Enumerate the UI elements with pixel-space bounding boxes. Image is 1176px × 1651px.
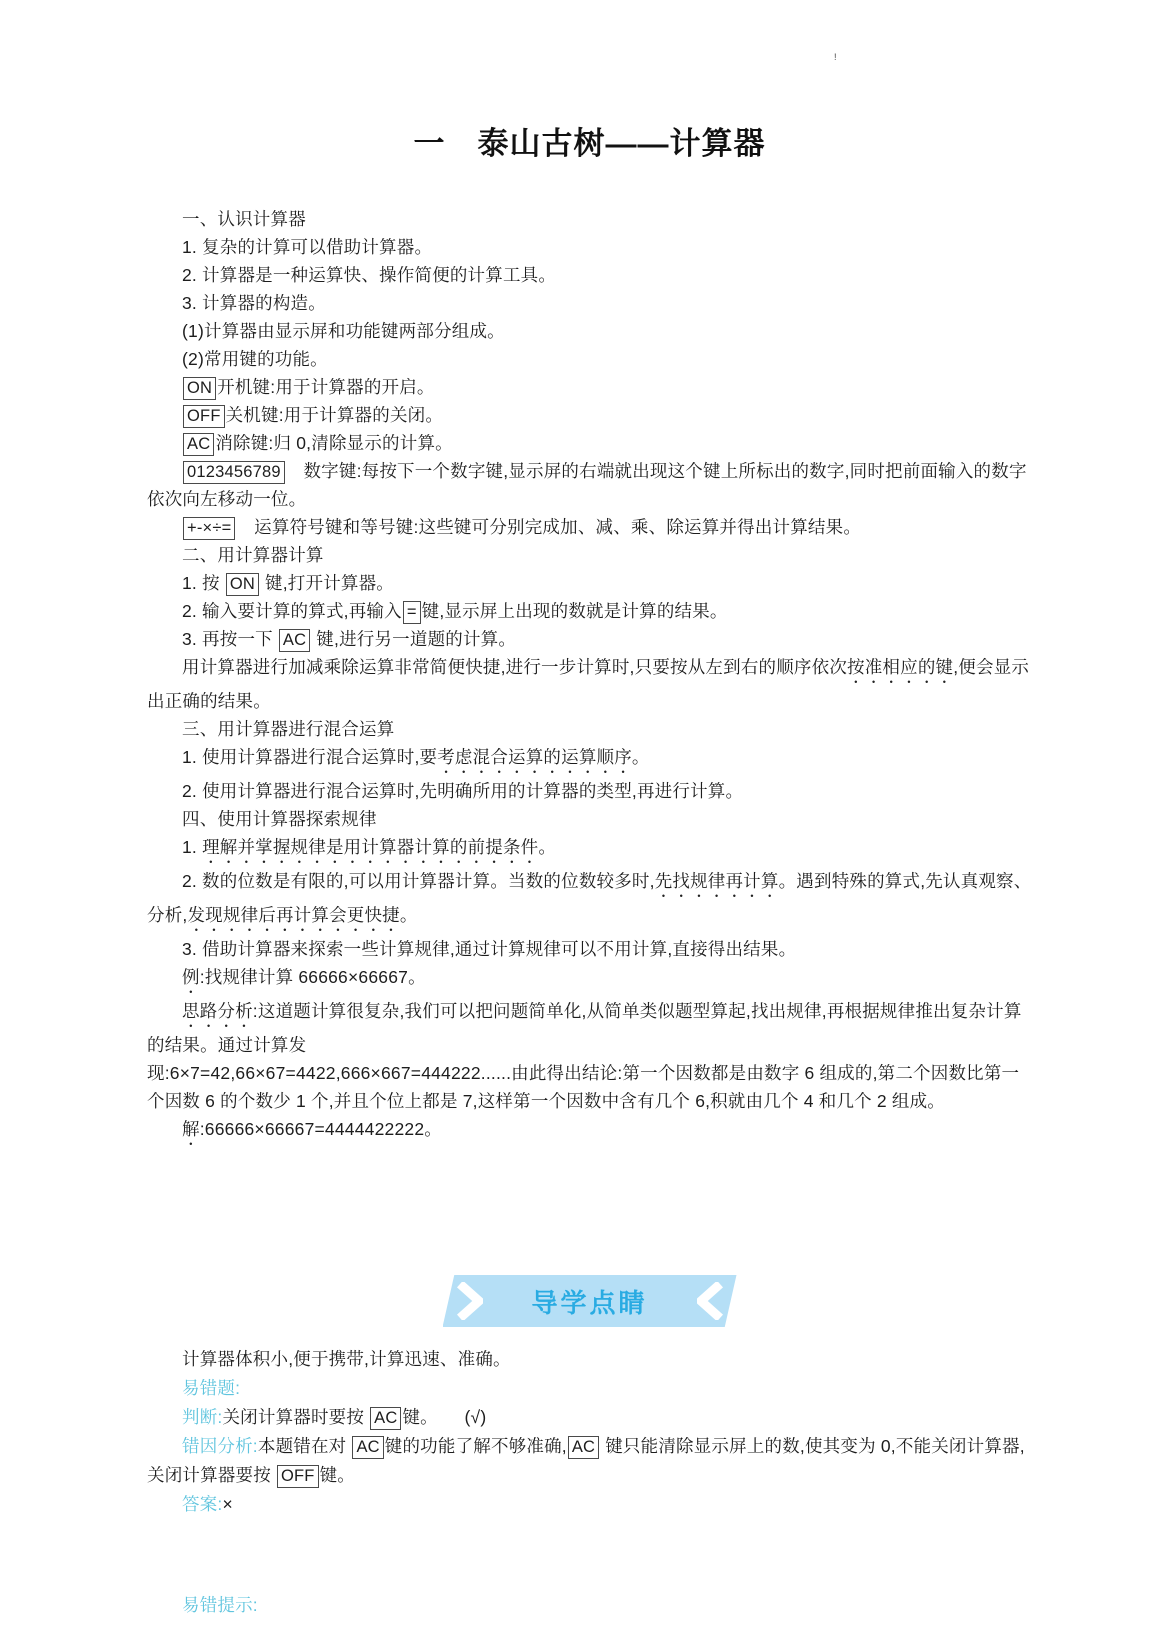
text-run: 键,进行另一道题的计算。	[311, 629, 516, 649]
paragraph: ON开机键:用于计算器的开启。	[147, 373, 1032, 401]
paragraph: AC消除键:归 0,清除显示的计算。	[147, 429, 1032, 457]
emphasized-text: 发现规律后再计算会更快捷	[187, 905, 399, 925]
paragraph: 判断:关闭计算器时要按 AC键。 (√)	[147, 1403, 1032, 1432]
paragraph: 四、使用计算器探索规律	[147, 805, 1032, 833]
text-run: 2. 数的位数是有限的,可以用计算器计算。当数的位数较多时,	[182, 871, 655, 891]
text-run: 消除键:归 0,清除显示的计算。	[215, 433, 453, 453]
text-run: 2. 输入要计算的算式,再输入	[182, 601, 402, 621]
calculator-key-box: AC	[352, 1436, 383, 1459]
text-run: 键的功能了解不够准确,	[385, 1436, 567, 1456]
text-run: 找规律计算 66666×66667。	[205, 967, 426, 987]
calculator-key-box: AC	[279, 629, 310, 652]
text-run: (1)计算器由显示屏和功能键两部分组成。	[182, 321, 505, 341]
text-run: 2. 使用计算器进行混合运算时,先明确所用的计算器的类型,再进行计算。	[182, 781, 743, 801]
paragraph: 计算器体积小,便于携带,计算迅速、准确。	[147, 1345, 1032, 1374]
main-text-section: 一、认识计算器1. 复杂的计算可以借助计算器。2. 计算器是一种运算快、操作简便…	[147, 205, 1032, 1149]
text-run: 开机键:用于计算器的开启。	[217, 377, 434, 397]
text-run: 一、认识计算器	[182, 209, 306, 229]
emphasized-text: 理解并掌握规律是用计算器计算的前提条件	[202, 837, 538, 857]
text-run: 2. 计算器是一种运算快、操作简便的计算工具。	[182, 265, 556, 285]
calculator-key-box: AC	[370, 1407, 401, 1430]
section-label: 错因分析:	[182, 1436, 258, 1456]
emphasized-text: 例:	[182, 967, 205, 987]
paragraph: 2. 使用计算器进行混合运算时,先明确所用的计算器的类型,再进行计算。	[147, 777, 1032, 805]
paragraph: 解:66666×66667=4444422222。	[147, 1115, 1032, 1149]
text-run: ×	[222, 1494, 232, 1514]
text-run: 键。	[320, 1465, 355, 1485]
paragraph: 三、用计算器进行混合运算	[147, 715, 1032, 743]
paragraph: 答案:×	[147, 1490, 1032, 1519]
paragraph: (2)常用键的功能。	[147, 345, 1032, 373]
text-run: 键,显示屏上出现的数就是计算的结果。	[422, 601, 728, 621]
chevron-left-icon	[697, 1282, 723, 1320]
text-run: (2)常用键的功能。	[182, 349, 328, 369]
text-run: 四、使用计算器探索规律	[182, 809, 377, 829]
paragraph: 二、用计算器计算	[147, 541, 1032, 569]
text-run: 。	[538, 837, 556, 857]
text-run: 运算符号键和等号键:这些键可分别完成加、减、乘、除运算并得出计算结果。	[236, 517, 861, 537]
emphasized-text: 考虑混合运算的运算顺序	[437, 747, 632, 767]
chevron-right-icon	[457, 1282, 483, 1320]
emphasized-text: 解:	[182, 1119, 205, 1139]
text-run: 3. 计算器的构造。	[182, 293, 326, 313]
text-run: 1. 按	[182, 573, 225, 593]
paragraph: 0123456789 数字键:每按下一个数字键,显示屏的右端就出现这个键上所标出…	[147, 457, 1032, 513]
paragraph: 用计算器进行加减乘除运算非常简便快捷,进行一步计算时,只要按从左到右的顺序依次按…	[147, 653, 1032, 715]
text-run: 三、用计算器进行混合运算	[182, 719, 394, 739]
text-run: 用计算器进行加减乘除运算非常简便快捷,进行一步计算时,只要按从左到右的顺序依次	[182, 657, 847, 677]
paragraph: 3. 借助计算器来探索一些计算规律,通过计算规律可以不用计算,直接得出结果。	[147, 935, 1032, 963]
emphasized-text: 思路分析:	[182, 1001, 258, 1021]
paragraph: 错因分析:本题错在对 AC键的功能了解不够准确,AC 键只能清除显示屏上的数,使…	[147, 1432, 1032, 1490]
section-label: 易错题:	[182, 1378, 240, 1398]
calculator-key-box: +-×÷=	[183, 517, 235, 540]
paragraph: 1. 复杂的计算可以借助计算器。	[147, 233, 1032, 261]
emphasized-text: 按准相应的键	[847, 657, 953, 677]
text-run: 3. 借助计算器来探索一些计算规律,通过计算规律可以不用计算,直接得出结果。	[182, 939, 796, 959]
calculator-key-box: ON	[226, 573, 259, 596]
text-run: 现:6×7=42,66×67=4422,666×667=444222......…	[147, 1063, 1019, 1111]
paragraph: 一、认识计算器	[147, 205, 1032, 233]
paragraph: 思路分析:这道题计算很复杂,我们可以把问题简单化,从简单类似题型算起,找出规律,…	[147, 997, 1032, 1115]
text-run: 。	[632, 747, 650, 767]
text-run: 键。 (√)	[402, 1407, 486, 1427]
emphasized-text: 先找规律再计算	[655, 871, 779, 891]
paragraph: 2. 计算器是一种运算快、操作简便的计算工具。	[147, 261, 1032, 289]
banner-ribbon: 导学点睛	[443, 1275, 737, 1327]
paragraph: 1. 理解并掌握规律是用计算器计算的前提条件。	[147, 833, 1032, 867]
text-run: 本题错在对	[258, 1436, 352, 1456]
calculator-key-box: =	[403, 601, 421, 624]
paragraph: 3. 计算器的构造。	[147, 289, 1032, 317]
tips-section: 计算器体积小,便于携带,计算迅速、准确。易错题:判断:关闭计算器时要按 AC键。…	[147, 1345, 1032, 1620]
guide-banner: 导学点睛	[443, 1275, 737, 1327]
calculator-key-box: OFF	[277, 1465, 319, 1488]
banner-title: 导学点睛	[531, 1283, 647, 1320]
calculator-key-box: AC	[183, 433, 214, 456]
section-label: 答案:	[182, 1494, 222, 1514]
paragraph: (1)计算器由显示屏和功能键两部分组成。	[147, 317, 1032, 345]
paragraph: 2. 数的位数是有限的,可以用计算器计算。当数的位数较多时,先找规律再计算。遇到…	[147, 867, 1032, 935]
page-title: 一 泰山古树——计算器	[147, 118, 1032, 163]
text-run: 。	[400, 905, 418, 925]
text-run: 66666×66667=4444422222。	[205, 1119, 442, 1139]
text-run: 计算器体积小,便于携带,计算迅速、准确。	[182, 1349, 511, 1369]
section-label: 判断:	[182, 1407, 222, 1427]
paragraph: 例:找规律计算 66666×66667。	[147, 963, 1032, 997]
calculator-key-box: ON	[183, 377, 216, 400]
paragraph: 易错提示:	[147, 1591, 1032, 1620]
calculator-key-box: OFF	[183, 405, 225, 428]
text-run: 1. 复杂的计算可以借助计算器。	[182, 237, 432, 257]
text-run: 关闭计算器时要按	[222, 1407, 369, 1427]
text-run: 3. 再按一下	[182, 629, 278, 649]
paragraph: 2. 输入要计算的算式,再输入=键,显示屏上出现的数就是计算的结果。	[147, 597, 1032, 625]
text-run: 关机键:用于计算器的关闭。	[226, 405, 443, 425]
calculator-key-box: 0123456789	[183, 461, 285, 484]
text-run: 1. 使用计算器进行混合运算时,要	[182, 747, 437, 767]
paragraph: 1. 按 ON 键,打开计算器。	[147, 569, 1032, 597]
document-body: 一 泰山古树——计算器 一、认识计算器1. 复杂的计算可以借助计算器。2. 计算…	[0, 0, 1176, 1620]
text-run: 键,打开计算器。	[260, 573, 394, 593]
paragraph: 易错题:	[147, 1374, 1032, 1403]
paragraph: OFF关机键:用于计算器的关闭。	[147, 401, 1032, 429]
text-run: 这道题计算很复杂,我们可以把问题简单化,从简单类似题型算起,找出规律,再根据规律…	[147, 1001, 1022, 1055]
section-label: 易错提示:	[182, 1595, 258, 1615]
paragraph: 1. 使用计算器进行混合运算时,要考虑混合运算的运算顺序。	[147, 743, 1032, 777]
text-run: 二、用计算器计算	[182, 545, 324, 565]
calculator-key-box: AC	[568, 1436, 599, 1459]
text-run: 1.	[182, 837, 202, 857]
stray-mark: !	[834, 52, 837, 62]
paragraph: +-×÷= 运算符号键和等号键:这些键可分别完成加、减、乘、除运算并得出计算结果…	[147, 513, 1032, 541]
document-page: ! 一 泰山古树——计算器 一、认识计算器1. 复杂的计算可以借助计算器。2. …	[0, 0, 1176, 1651]
paragraph: 3. 再按一下 AC 键,进行另一道题的计算。	[147, 625, 1032, 653]
